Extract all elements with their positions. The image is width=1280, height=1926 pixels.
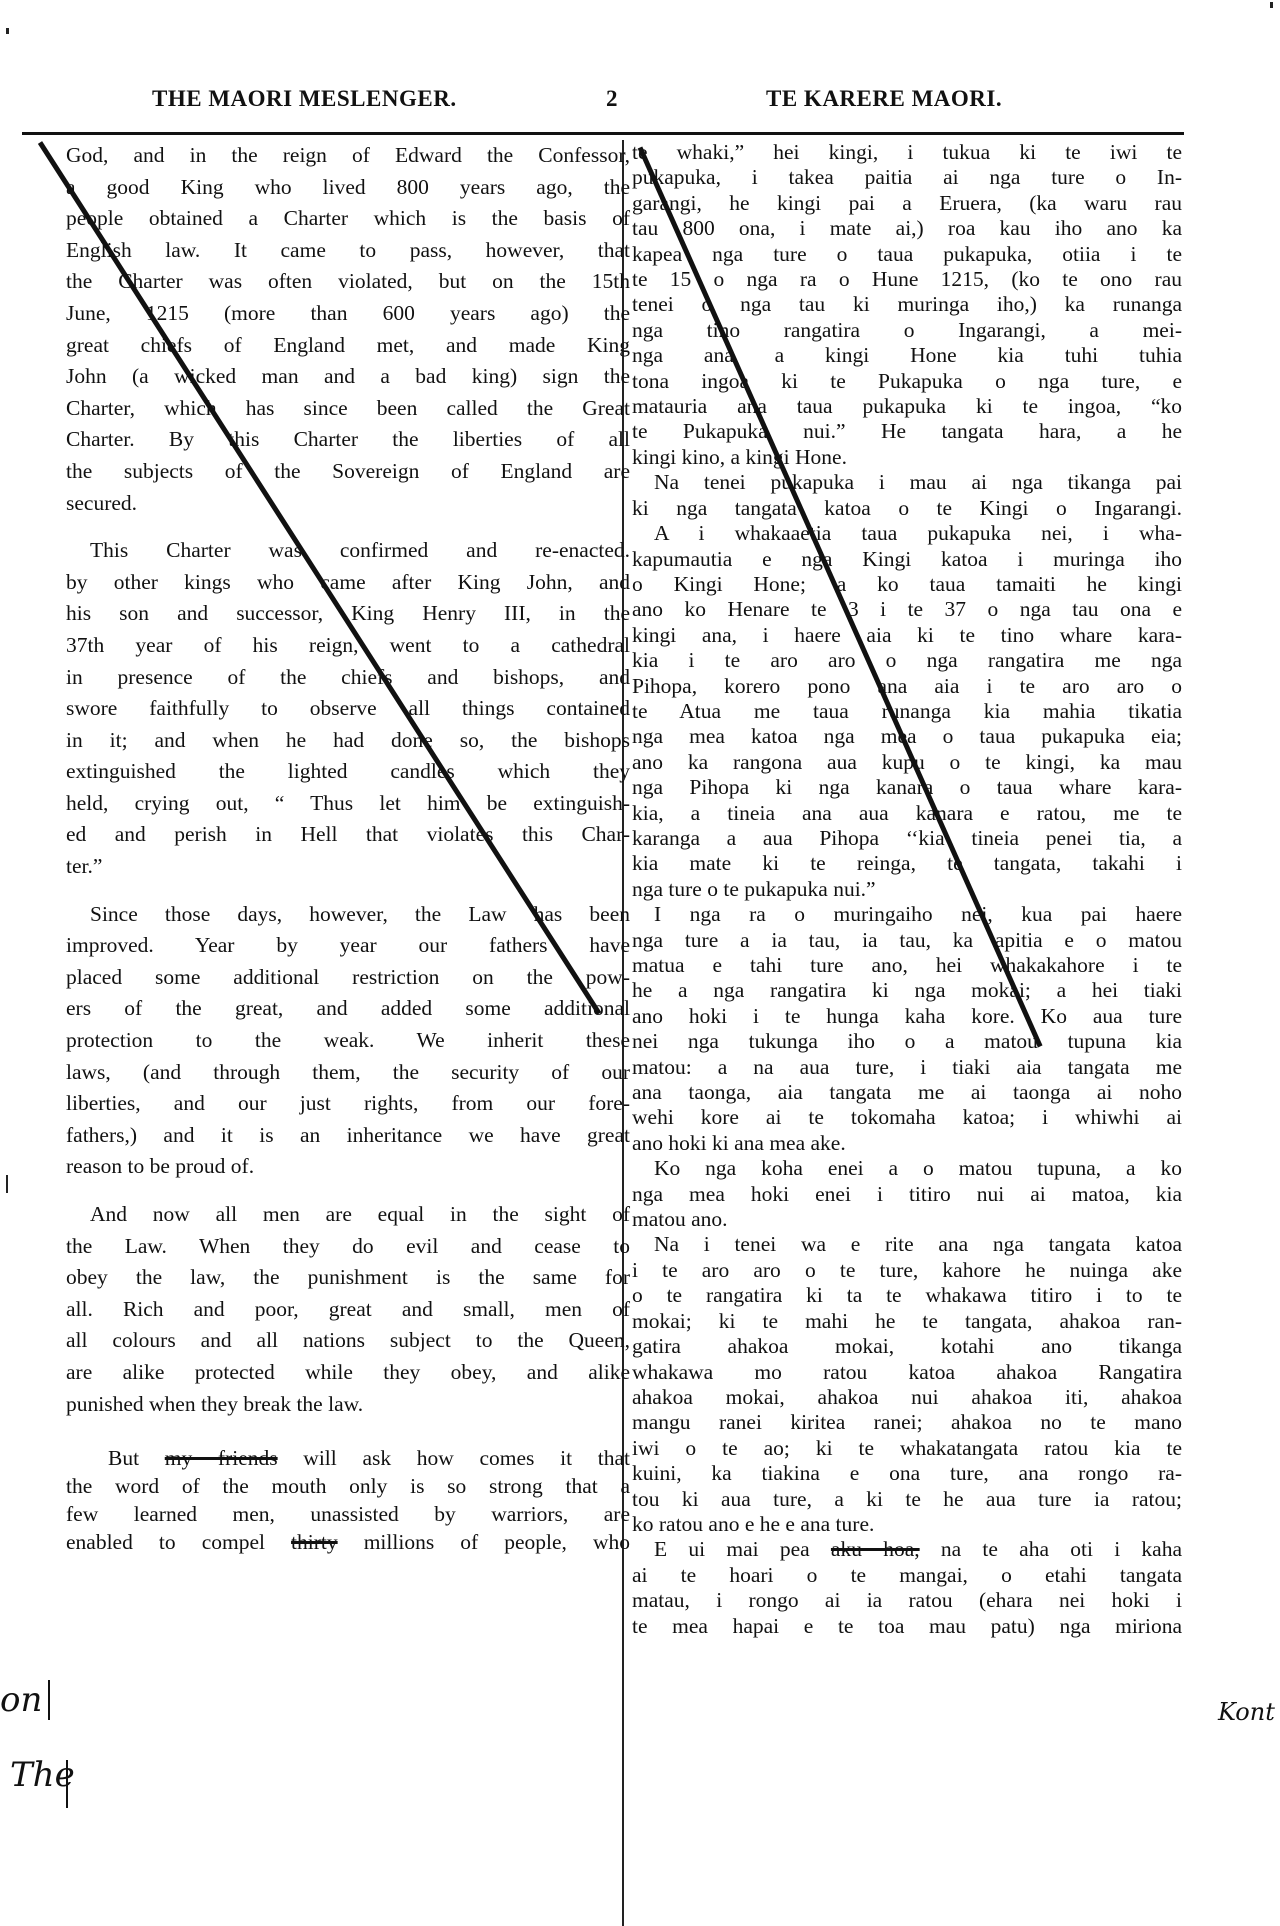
text-line: held, crying out, “ Thus let him be exti… (66, 788, 630, 820)
text-line: nei nga tukunga iho o a matou tupuna kia (632, 1029, 1182, 1054)
text-line: E ui mai pea aku hoa, na te aha oti i ka… (632, 1537, 1182, 1562)
text-line: nga ana a kingi Hone kia tuhi tuhia (632, 343, 1182, 368)
text-line: o te rangatira ki ta te whakawa titiro i… (632, 1283, 1182, 1308)
text-line: kia i te aro aro o nga rangatira me nga (632, 648, 1182, 673)
text-line: the Charter was often violated, but on t… (66, 266, 630, 298)
text-line: ahakoa mokai, ahakoa nui ahakoa iti, aha… (632, 1385, 1182, 1410)
paper-speck (6, 1175, 8, 1193)
text-line: ano hoki i te hunga kaha kore. Ko aua tu… (632, 1004, 1182, 1029)
text-line: he a nga rangatira ki nga mokai; a hei t… (632, 978, 1182, 1003)
text-line: garangi, he kingi pai a Eruera, (ka waru… (632, 191, 1182, 216)
text-line: a good King who lived 800 years ago, the (66, 172, 630, 204)
text-line: in it; and when he had done so, the bish… (66, 725, 630, 757)
margin-bar (48, 1680, 50, 1720)
text-line: secured. (66, 488, 630, 520)
text-line: te Pukapuka nui.” He tangata hara, a he (632, 419, 1182, 444)
text-line: wehi kore ai te tokomaha katoa; i whiwhi… (632, 1105, 1182, 1130)
text-line: kapea nga ture o taua pukapuka, otiia i … (632, 242, 1182, 267)
text-line: ano ko Henare te 3 i te 37 o nga tau ona… (632, 597, 1182, 622)
text-line: obey the law, the punishment is the same… (66, 1262, 630, 1294)
text-line: ki nga tangata katoa o te Kingi o Ingara… (632, 496, 1182, 521)
text-line: few learned men, unassisted by warriors,… (66, 1500, 630, 1528)
text-line: ana taonga, aia tangata me ai taonga ai … (632, 1080, 1182, 1105)
text-line: tona ingoa ki te Pukapuka o nga ture, e (632, 369, 1182, 394)
text-line: I nga ra o muringaiho nei, kua pai haere (632, 902, 1182, 927)
text-line: laws, (and through them, the security of… (66, 1057, 630, 1089)
struck-text: thirty (291, 1530, 338, 1554)
text-line: all. Rich and poor, great and small, men… (66, 1294, 630, 1326)
text-line: ko ratou ano e he e ana ture. (632, 1512, 1182, 1537)
text-line: John (a wicked man and a bad king) sign … (66, 361, 630, 393)
margin-bar (66, 1760, 68, 1808)
header-rule (22, 132, 1184, 135)
text-line: te Atua me taua runanga kia mahia tikati… (632, 699, 1182, 724)
final-paragraph-english: But my friends will ask how comes it tha… (66, 1444, 630, 1556)
text-line: great chiefs of England met, and made Ki… (66, 330, 630, 362)
maori-column: te whaki,” hei kingi, i tukua ki te iwi … (632, 140, 1182, 1639)
text-line: pukapuka, i takea paitia ai nga ture o I… (632, 165, 1182, 190)
paragraph-gap (66, 519, 630, 535)
margin-annotation-the: The (10, 1755, 75, 1795)
text-line: punished when they break the law. (66, 1389, 630, 1421)
text-line: matua e tahi ture ano, hei whakakahore i… (632, 953, 1182, 978)
text-line: matou ano. (632, 1207, 1182, 1232)
text-line: nga Pihopa ki nga kanara o taua whare ka… (632, 775, 1182, 800)
text-line: 37th year of his reign, went to a cathed… (66, 630, 630, 662)
text-line: in presence of the chiefs and bishops, a… (66, 662, 630, 694)
text-line: ed and perish in Hell that violates this… (66, 819, 630, 851)
text-line: swore faithfully to observe all things c… (66, 693, 630, 725)
text-line: This Charter was confirmed and re-enacte… (66, 535, 630, 567)
text-line: kingi ana, i haere aia ki te tino whare … (632, 623, 1182, 648)
text-line: the Law. When they do evil and cease to (66, 1231, 630, 1263)
text-line: And now all men are equal in the sight o… (66, 1199, 630, 1231)
margin-annotation-on: on (0, 1680, 42, 1720)
paragraph-gap (66, 883, 630, 899)
text-line: iwi o te ao; ki te whakatangata ratou ki… (632, 1436, 1182, 1461)
text-line: ers of the great, and added some additio… (66, 993, 630, 1025)
margin-annotation-kont: Kont (1218, 1698, 1275, 1726)
text-line: reason to be proud of. (66, 1151, 630, 1183)
text-line: God, and in the reign of Edward the Conf… (66, 140, 630, 172)
text-line: kia, a tineia ana aua kanara e ratou, me… (632, 801, 1182, 826)
text-line: kapumautia e nga Kingi katoa i muringa i… (632, 547, 1182, 572)
text-line: the subjects of the Sovereign of England… (66, 456, 630, 488)
text-line: nga ture o te pukapuka nui.” (632, 877, 1182, 902)
text-line: i te aro aro o te ture, kahore he nuinga… (632, 1258, 1182, 1283)
text-line: But my friends will ask how comes it tha… (66, 1444, 630, 1472)
text-line: fathers,) and it is an inheritance we ha… (66, 1120, 630, 1152)
text-line: are alike protected while they obey, and… (66, 1357, 630, 1389)
text-line: English law. It came to pass, however, t… (66, 235, 630, 267)
text-line: protection to the weak. We inherit these (66, 1025, 630, 1057)
text-line: ano hoki ki ana mea ake. (632, 1131, 1182, 1156)
text-line: kuini, ka tiakina e ona ture, ana rongo … (632, 1461, 1182, 1486)
text-line: Charter. By this Charter the liberties o… (66, 424, 630, 456)
text-line: people obtained a Charter which is the b… (66, 203, 630, 235)
text-line: te mea hapai e te toa mau patu) nga miri… (632, 1614, 1182, 1639)
text-line: matou: a na aua ture, i tiaki aia tangat… (632, 1055, 1182, 1080)
text-line: matau, i rongo ai ia ratou (ehara nei ho… (632, 1588, 1182, 1613)
text-line: placed some additional restriction on th… (66, 962, 630, 994)
text-line: extinguished the lighted candles which t… (66, 756, 630, 788)
text-line: A i whakaaetia taua pukapuka nei, i wha- (632, 521, 1182, 546)
text-line: ai te hoari o te mangai, o etahi tangata (632, 1563, 1182, 1588)
text-line: ter.” (66, 851, 630, 883)
struck-text: aku hoa, (831, 1537, 920, 1561)
text-line: kia mate ki te reinga, te tangata, takah… (632, 851, 1182, 876)
paper-speck (6, 28, 9, 34)
page-number: 2 (606, 86, 618, 112)
text-line: kingi kino, a kingi Hone. (632, 445, 1182, 470)
text-line: all colours and all nations subject to t… (66, 1325, 630, 1357)
text-line: tau 800 ona, i mate ai,) roa kau iho ano… (632, 216, 1182, 241)
text-line: nga ture a ia tau, ia tau, ka apitia e o… (632, 928, 1182, 953)
text-line: whakawa mo ratou katoa ahakoa Rangatira (632, 1360, 1182, 1385)
page-header: THE MAORI MESLENGER. 2 TE KARERE MAORI. (0, 86, 1280, 126)
text-line: mangu ranei kiritea ranei; ahakoa no te … (632, 1410, 1182, 1435)
text-line: o Kingi Hone; a ko taua tamaiti he kingi (632, 572, 1182, 597)
text-line: te 15 o nga ra o Hune 1215, (ko te ono r… (632, 267, 1182, 292)
text-line: Na i tenei wa e rite ana nga tangata kat… (632, 1232, 1182, 1257)
header-left-title: THE MAORI MESLENGER. (152, 86, 457, 112)
text-line: mokai; ki te mahi he te tangata, ahakoa … (632, 1309, 1182, 1334)
text-line: karanga a aua Pihopa ‘‘kia tineia penei … (632, 826, 1182, 851)
text-line: Charter, which has since been called the… (66, 393, 630, 425)
text-line: te whaki,” hei kingi, i tukua ki te iwi … (632, 140, 1182, 165)
paragraph-gap (66, 1420, 630, 1444)
header-right-title: TE KARERE MAORI. (766, 86, 1002, 112)
text-line: matauria ana taua pukapuka ki te ingoa, … (632, 394, 1182, 419)
text-line: Pihopa, korero pono ana aia i te aro aro… (632, 674, 1182, 699)
english-column: God, and in the reign of Edward the Conf… (66, 140, 630, 1556)
text-line: gatira ahakoa mokai, kotahi ano tikanga (632, 1334, 1182, 1359)
final-paragraph-maori: E ui mai pea aku hoa, na te aha oti i ka… (632, 1537, 1182, 1639)
text-line: nga mea hoki enei i titiro nui ai matoa,… (632, 1182, 1182, 1207)
text-line: Na tenei pukapuka i mau ai nga tikanga p… (632, 470, 1182, 495)
text-line: tou ki aua ture, a ki te he aua ture ia … (632, 1487, 1182, 1512)
struck-text: my friends (165, 1446, 278, 1470)
text-line: the word of the mouth only is so strong … (66, 1472, 630, 1500)
text-line: Ko nga koha enei a o matou tupuna, a ko (632, 1156, 1182, 1181)
paper-speck (1270, 2, 1273, 8)
text-line: enabled to compel thirty millions of peo… (66, 1528, 630, 1556)
paragraph-gap (66, 1183, 630, 1199)
text-line: by other kings who came after King John,… (66, 567, 630, 599)
text-line: liberties, and our just rights, from our… (66, 1088, 630, 1120)
